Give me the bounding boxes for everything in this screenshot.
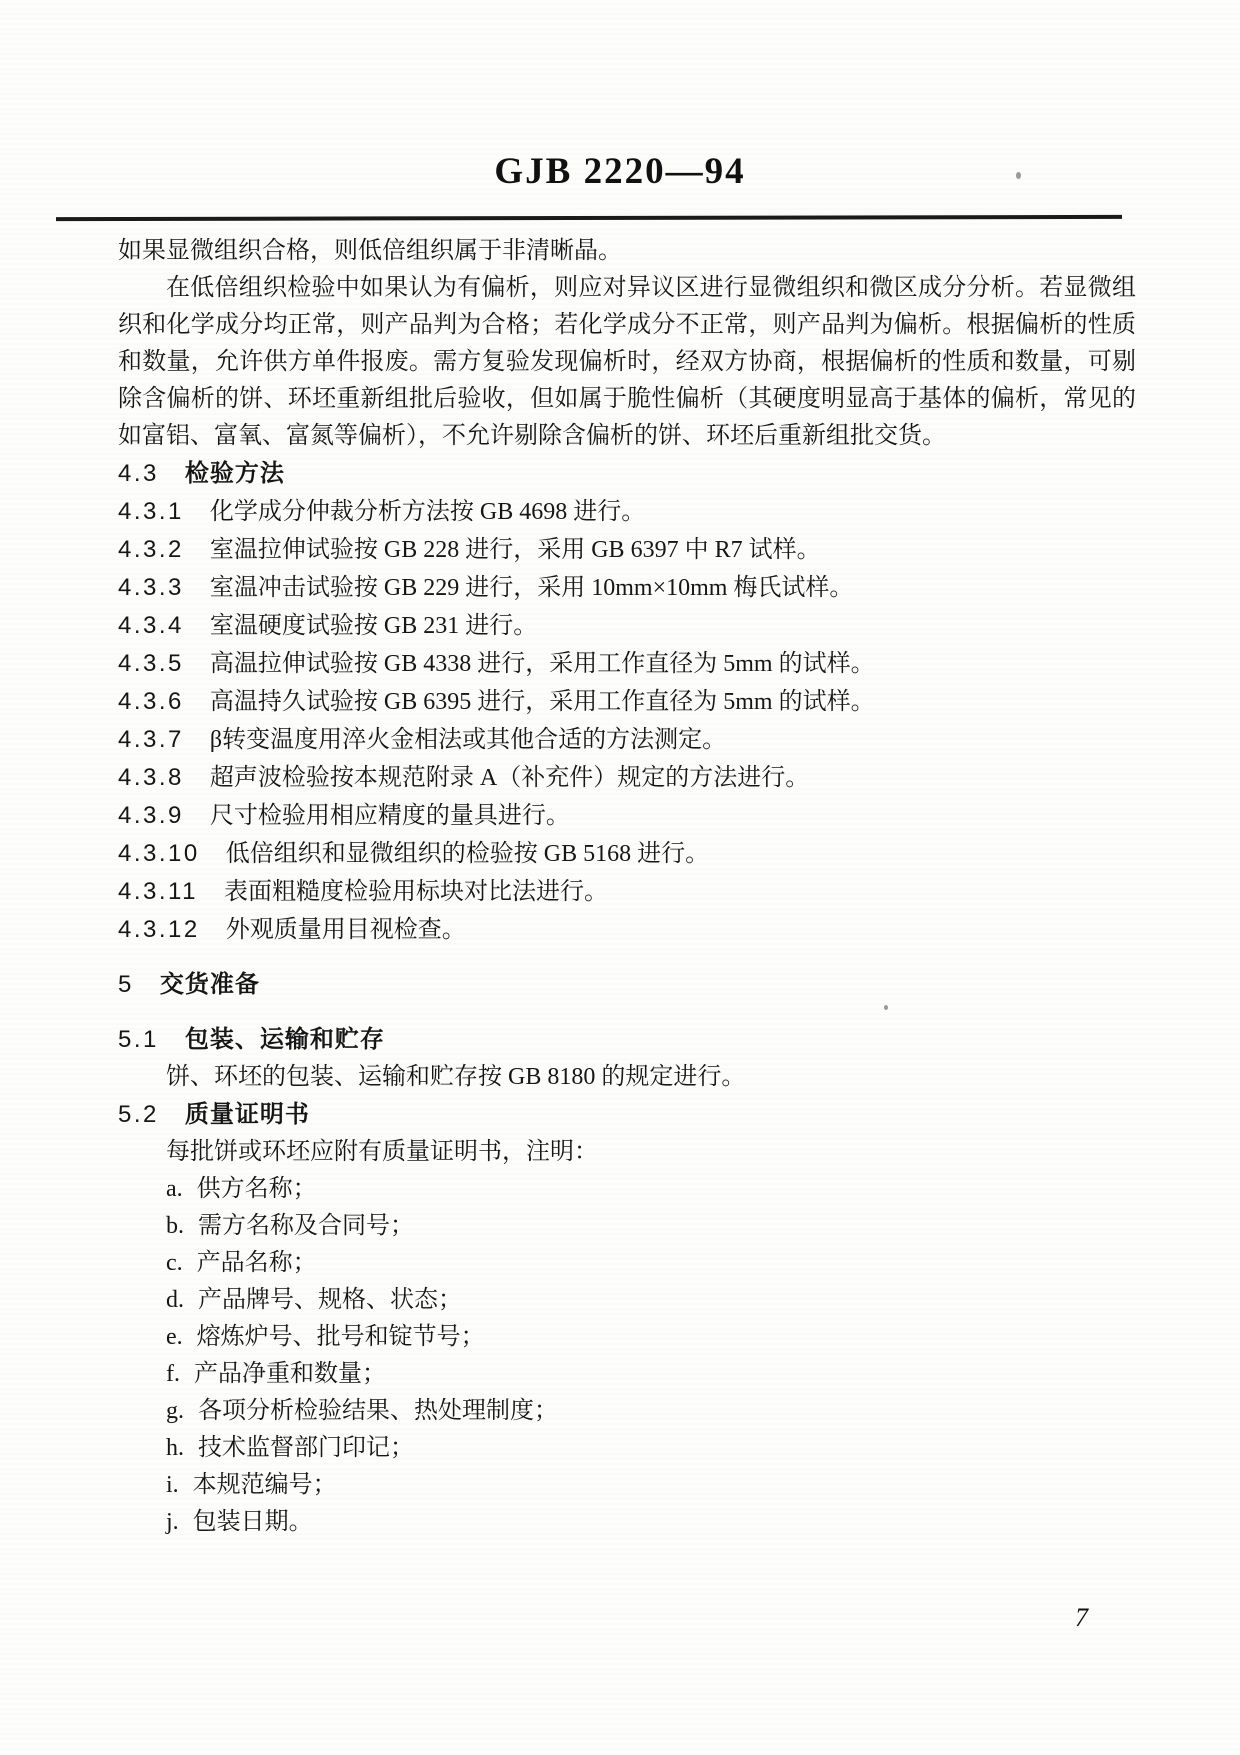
scan-artifact	[884, 1005, 888, 1010]
list-item-a: a.供方名称；	[166, 1171, 1136, 1208]
clause-title: 交货准备	[160, 971, 260, 998]
clause-4-3-10: 4.3.10低倍组织和显微组织的检验按 GB 5168 进行。	[118, 835, 1136, 873]
clause-4-3-12: 4.3.12外观质量用目视检查。	[118, 911, 1136, 949]
clause-number: 4.3.1	[118, 498, 184, 525]
certificate-item-list: a.供方名称； b.需方名称及合同号； c.产品名称； d.产品牌号、规格、状态…	[118, 1171, 1136, 1541]
list-item-j: j.包装日期。	[166, 1504, 1136, 1541]
clause-title: 包装、运输和贮存	[185, 1026, 385, 1053]
list-text: 包装日期。	[193, 1509, 313, 1535]
section-heading-5-2: 5.2质量证明书	[118, 1096, 1136, 1134]
clause-4-3-6: 4.3.6高温持久试验按 GB 6395 进行，采用工作直径为 5mm 的试样。	[118, 683, 1136, 721]
list-marker: d.	[166, 1287, 184, 1313]
clause-text: 高温拉伸试验按 GB 4338 进行，采用工作直径为 5mm 的试样。	[210, 651, 875, 677]
clause-number: 4.3.4	[118, 612, 184, 639]
clause-4-3-9: 4.3.9尺寸检验用相应精度的量具进行。	[118, 797, 1136, 835]
clause-text: 超声波检验按本规范附录 A（补充件）规定的方法进行。	[210, 765, 809, 791]
clause-number: 4.3.9	[118, 802, 184, 829]
clause-number: 4.3.7	[118, 726, 184, 753]
list-text: 产品牌号、规格、状态；	[198, 1287, 462, 1313]
list-text: 产品名称；	[197, 1250, 317, 1276]
list-marker: c.	[166, 1250, 183, 1276]
list-marker: a.	[166, 1176, 183, 1202]
clause-number: 4.3.6	[118, 688, 184, 715]
clause-4-3-4: 4.3.4室温硬度试验按 GB 231 进行。	[118, 607, 1136, 645]
document-page: GJB 2220—94 如果显微组织合格，则低倍组织属于非清晰晶。 在低倍组织检…	[0, 0, 1240, 1755]
doc-number: GJB 2220—94	[0, 150, 1240, 194]
list-item-d: d.产品牌号、规格、状态；	[166, 1282, 1136, 1319]
section-heading-5: 5交货准备	[118, 966, 1136, 1004]
list-text: 各项分析检验结果、热处理制度；	[198, 1398, 558, 1424]
clause-4-3-5: 4.3.5高温拉伸试验按 GB 4338 进行，采用工作直径为 5mm 的试样。	[118, 645, 1136, 683]
clause-4-3-7: 4.3.7β转变温度用淬火金相法或其他合适的方法测定。	[118, 721, 1136, 759]
clause-number: 4.3.12	[118, 916, 200, 943]
list-item-b: b.需方名称及合同号；	[166, 1208, 1136, 1245]
list-marker: f.	[166, 1361, 180, 1387]
list-text: 本规范编号；	[193, 1472, 337, 1498]
clause-text: 外观质量用目视检查。	[226, 917, 466, 943]
clause-number: 5.2	[118, 1101, 159, 1128]
list-text: 供方名称；	[197, 1176, 317, 1202]
list-item-c: c.产品名称；	[166, 1245, 1136, 1282]
clause-number: 4.3.5	[118, 650, 184, 677]
clause-text: 表面粗糙度检验用标块对比法进行。	[224, 879, 608, 905]
clause-4-3-2: 4.3.2室温拉伸试验按 GB 228 进行，采用 GB 6397 中 R7 试…	[118, 531, 1136, 569]
clause-number: 4.3.8	[118, 764, 184, 791]
list-item-i: i.本规范编号；	[166, 1467, 1136, 1504]
clause-text: 高温持久试验按 GB 6395 进行，采用工作直径为 5mm 的试样。	[210, 689, 875, 715]
section-heading-5-1: 5.1包装、运输和贮存	[118, 1021, 1136, 1059]
list-item-h: h.技术监督部门印记；	[166, 1430, 1136, 1467]
clause-title: 质量证明书	[185, 1101, 310, 1128]
clause-text: 化学成分仲裁分析方法按 GB 4698 进行。	[210, 499, 645, 525]
page-number: 7	[1075, 1603, 1088, 1632]
list-marker: i.	[166, 1472, 179, 1498]
clause-number: 4.3.11	[118, 878, 198, 905]
page-header: GJB 2220—94	[0, 0, 1240, 220]
clause-5-1-text: 饼、环坯的包装、运输和贮存按 GB 8180 的规定进行。	[118, 1059, 1136, 1096]
list-marker: j.	[166, 1509, 179, 1535]
clause-text: 室温冲击试验按 GB 229 进行，采用 10mm×10mm 梅氏试样。	[210, 575, 854, 601]
list-marker: b.	[166, 1213, 184, 1239]
paragraph-microstructure: 如果显微组织合格，则低倍组织属于非清晰晶。	[118, 233, 1136, 270]
clause-number: 5	[118, 971, 134, 998]
list-text: 技术监督部门印记；	[198, 1435, 414, 1461]
clause-text: β转变温度用淬火金相法或其他合适的方法测定。	[210, 727, 726, 753]
scan-artifact	[1016, 172, 1021, 179]
clause-text: 室温拉伸试验按 GB 228 进行，采用 GB 6397 中 R7 试样。	[210, 537, 821, 563]
list-text: 需方名称及合同号；	[198, 1213, 414, 1239]
clause-4-3-11: 4.3.11表面粗糙度检验用标块对比法进行。	[118, 873, 1136, 911]
paragraph-segregation: 在低倍组织检验中如果认为有偏析，则应对异议区进行显微组织和微区成分分析。若显微组…	[118, 270, 1136, 455]
list-item-g: g.各项分析检验结果、热处理制度；	[166, 1393, 1136, 1430]
clause-text: 低倍组织和显微组织的检验按 GB 5168 进行。	[226, 841, 709, 867]
clause-text: 室温硬度试验按 GB 231 进行。	[210, 613, 537, 639]
clause-4-3-1: 4.3.1化学成分仲裁分析方法按 GB 4698 进行。	[118, 493, 1136, 531]
list-item-e: e.熔炼炉号、批号和锭节号；	[166, 1319, 1136, 1356]
clause-4-3-8: 4.3.8超声波检验按本规范附录 A（补充件）规定的方法进行。	[118, 759, 1136, 797]
clause-number: 4.3.10	[118, 840, 200, 867]
clause-number: 5.1	[118, 1026, 159, 1053]
list-marker: h.	[166, 1435, 184, 1461]
clause-text: 尺寸检验用相应精度的量具进行。	[210, 803, 570, 829]
list-text: 产品净重和数量；	[194, 1361, 386, 1387]
document-body: 如果显微组织合格，则低倍组织属于非清晰晶。 在低倍组织检验中如果认为有偏析，则应…	[0, 220, 1240, 1541]
page-footer: 7	[0, 1603, 1240, 1633]
section-heading-4-3: 4.3检验方法	[118, 455, 1136, 493]
clause-5-2-intro: 每批饼或环坯应附有质量证明书，注明：	[118, 1134, 1136, 1171]
clause-number: 4.3.2	[118, 536, 184, 563]
clause-title: 检验方法	[185, 460, 285, 487]
list-item-f: f.产品净重和数量；	[166, 1356, 1136, 1393]
list-marker: e.	[166, 1324, 183, 1350]
list-marker: g.	[166, 1398, 184, 1424]
clause-number: 4.3.3	[118, 574, 184, 601]
clause-number: 4.3	[118, 460, 159, 487]
clause-4-3-3: 4.3.3室温冲击试验按 GB 229 进行，采用 10mm×10mm 梅氏试样…	[118, 569, 1136, 607]
list-text: 熔炼炉号、批号和锭节号；	[197, 1324, 485, 1350]
